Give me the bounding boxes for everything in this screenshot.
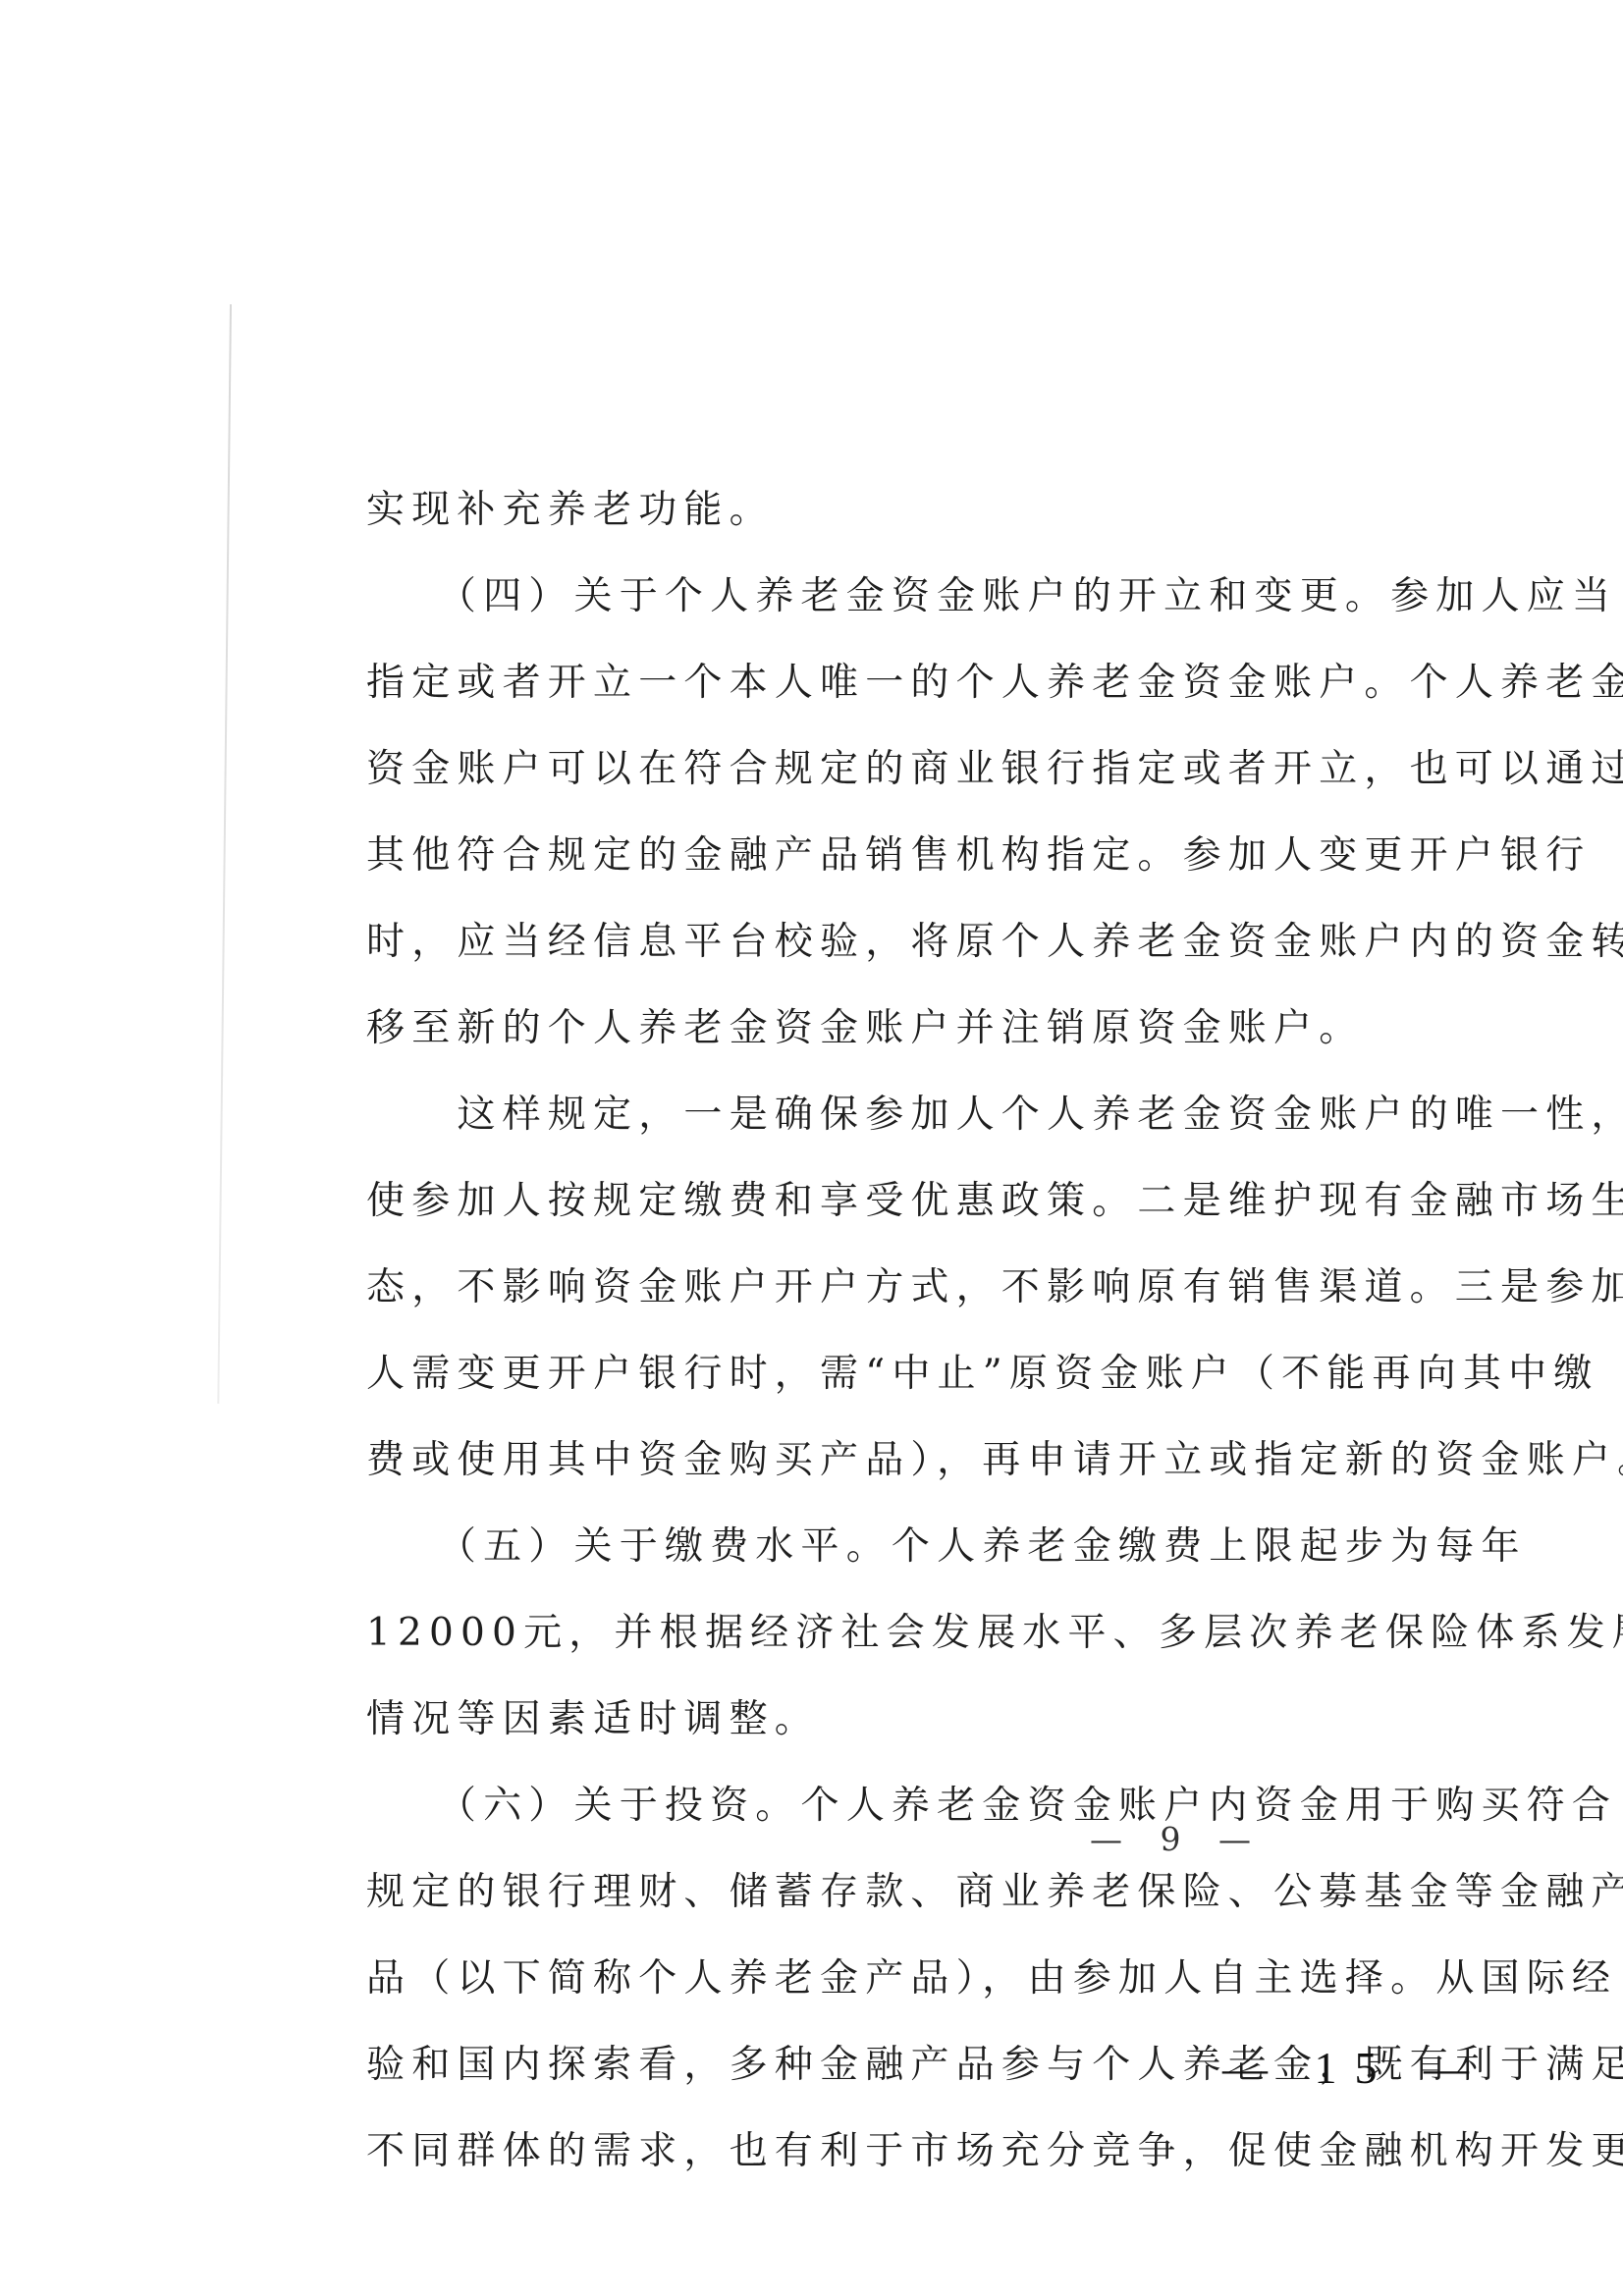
document-body: 实现补充养老功能。 （四）关于个人养老金资金账户的开立和变更。参加人应当指定或者… [366,481,1260,2209]
text-line: 移至新的个人养老金资金账户并注销原资金账户。 [366,999,1260,1086]
text-line: （五）关于缴费水平。个人养老金缴费上限起步为每年 [366,1518,1260,1604]
text-line: 这样规定，一是确保参加人个人养老金资金账户的唯一性， [366,1086,1260,1172]
text-line: 实现补充养老功能。 [366,481,1260,567]
text-line: 情况等因素适时调整。 [366,1690,1260,1777]
text-line: 验和国内探索看，多种金融产品参与个人养老金，既有利于满足 [366,2036,1260,2122]
text-line: 资金账户可以在符合规定的商业银行指定或者开立，也可以通过 [366,740,1260,827]
inner-page-number: — 9 — [1090,1820,1265,1858]
text-line: 使参加人按规定缴费和享受优惠政策。二是维护现有金融市场生 [366,1172,1260,1258]
text-line: 态，不影响资金账户开户方式，不影响原有销售渠道。三是参加 [366,1258,1260,1345]
text-line: 品（以下简称个人养老金产品），由参加人自主选择。从国际经 [366,1949,1260,2036]
text-line: 规定的银行理财、储蓄存款、商业养老保险、公募基金等金融产 [366,1863,1260,1949]
text-line: 人需变更开户银行时，需“中止”原资金账户（不能再向其中缴 [366,1345,1260,1431]
outer-page-number: — 15 — [1222,2042,1487,2094]
text-line: 不同群体的需求，也有利于市场充分竞争，促使金融机构开发更 [366,2122,1260,2209]
text-line: 时，应当经信息平台校验，将原个人养老金资金账户内的资金转 [366,913,1260,999]
text-line: 指定或者开立一个本人唯一的个人养老金资金账户。个人养老金 [366,654,1260,740]
text-line: 12000元，并根据经济社会发展水平、多层次养老保险体系发展 [366,1604,1260,1690]
text-line: （四）关于个人养老金资金账户的开立和变更。参加人应当 [366,567,1260,654]
text-line: 费或使用其中资金购买产品），再申请开立或指定新的资金账户。 [366,1431,1260,1518]
text-line: 其他符合规定的金融产品销售机构指定。参加人变更开户银行 [366,827,1260,913]
scan-edge-line [217,304,232,1404]
